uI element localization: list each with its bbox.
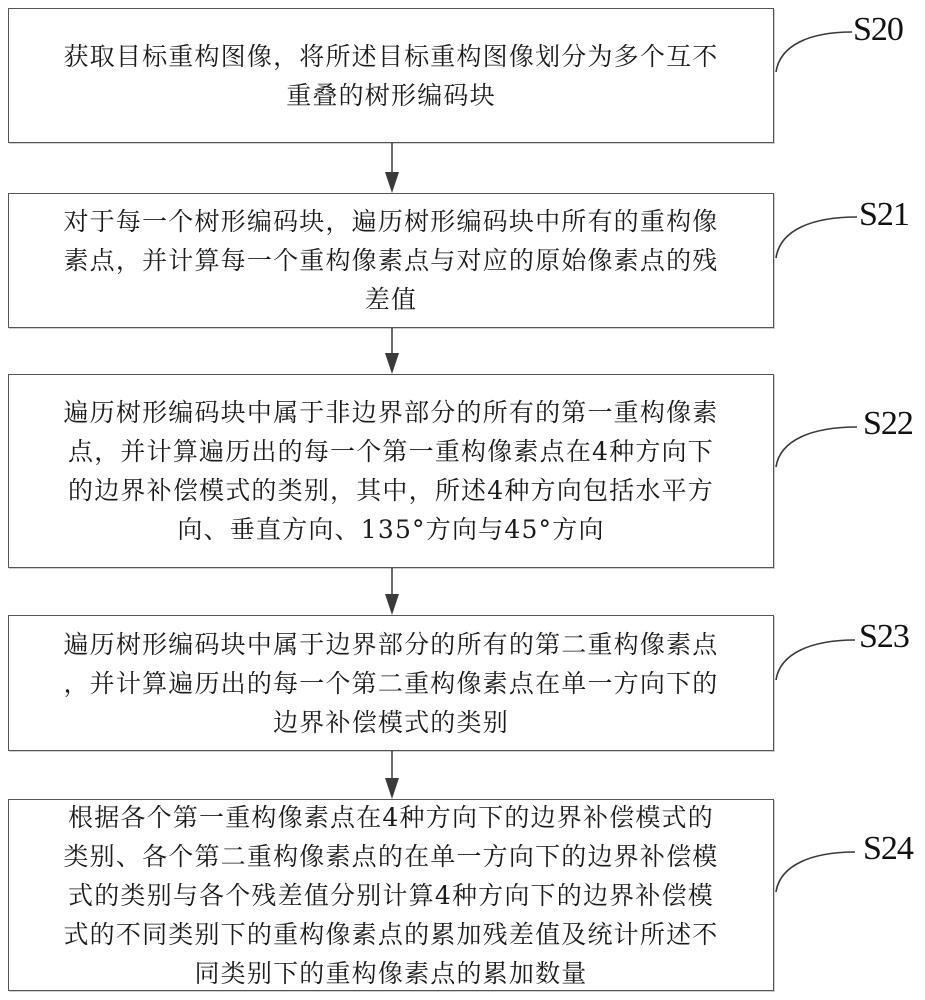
step-s24-line-2: 类别、各个第二重构像素点的在单一方向下的边界补偿模 <box>63 837 718 876</box>
arrow-s20-to-s21-icon <box>385 143 399 193</box>
step-s21-line-1: 对于每一个树形编码块，遍历树形编码块中所有的重构像 <box>63 202 718 241</box>
step-s20-line-1: 获取目标重构图像，将所述目标重构图像划分为多个互不 <box>63 37 718 76</box>
step-s24-line-4: 式的不同类别下的重构像素点的累加残差值及统计所述不 <box>63 915 718 954</box>
step-s22-line-1: 遍历树形编码块中属于非边界部分的所有的第一重构像素 <box>63 393 718 432</box>
leader-curve-s23-icon <box>776 640 855 680</box>
step-s21-line-2: 素点，并计算每一个重构像素点与对应的原始像素点的残 <box>63 241 718 280</box>
step-s23-line-2: ，并计算遍历出的每一个第二重构像素点在单一方向下的 <box>63 664 718 703</box>
step-box-s22: 遍历树形编码块中属于非边界部分的所有的第一重构像素 点，并计算遍历出的每一个第一… <box>8 374 774 568</box>
step-box-s21: 对于每一个树形编码块，遍历树形编码块中所有的重构像 素点，并计算每一个重构像素点… <box>8 193 774 328</box>
step-label-s23: S23 <box>859 618 909 656</box>
leader-curve-s24-icon <box>776 852 855 892</box>
leader-curve-s21-icon <box>776 217 857 258</box>
step-box-s24: 根据各个第一重构像素点在4种方向下的边界补偿模式的 类别、各个第二重构像素点的在… <box>8 799 774 991</box>
step-label-s22: S22 <box>863 405 913 443</box>
step-s22-line-2: 点，并计算遍历出的每一个第一重构像素点在4种方向下 <box>68 432 714 471</box>
arrow-s22-to-s23-icon <box>385 568 399 615</box>
leader-curve-s20-icon <box>776 32 852 72</box>
step-s24-line-5: 同类别下的重构像素点的累加数量 <box>194 954 587 993</box>
step-box-s23: 遍历树形编码块中属于边界部分的所有的第二重构像素点 ，并计算遍历出的每一个第二重… <box>8 615 774 751</box>
step-label-s20: S20 <box>853 11 903 49</box>
arrow-s23-to-s24-icon <box>385 751 399 799</box>
step-s22-line-4: 向、垂直方向、135°方向与45°方向 <box>177 510 604 549</box>
step-s23-line-3: 边界补偿模式的类别 <box>273 703 509 742</box>
step-s20-line-2: 重叠的树形编码块 <box>286 76 496 115</box>
step-s23-line-1: 遍历树形编码块中属于边界部分的所有的第二重构像素点 <box>63 625 718 664</box>
arrow-s21-to-s22-icon <box>385 328 399 374</box>
step-box-s20: 获取目标重构图像，将所述目标重构图像划分为多个互不 重叠的树形编码块 <box>8 8 774 143</box>
step-s22-line-3: 的边界补偿模式的类别，其中，所述4种方向包括水平方 <box>68 471 714 510</box>
step-s24-line-3: 式的类别与各个残差值分别计算4种方向下的边界补偿模 <box>68 876 714 915</box>
step-s24-line-1: 根据各个第一重构像素点在4种方向下的边界补偿模式的 <box>68 798 714 837</box>
leader-curve-s22-icon <box>776 427 857 467</box>
step-label-s21: S21 <box>859 196 909 234</box>
step-s21-line-3: 差值 <box>365 280 417 319</box>
step-label-s24: S24 <box>863 830 913 868</box>
